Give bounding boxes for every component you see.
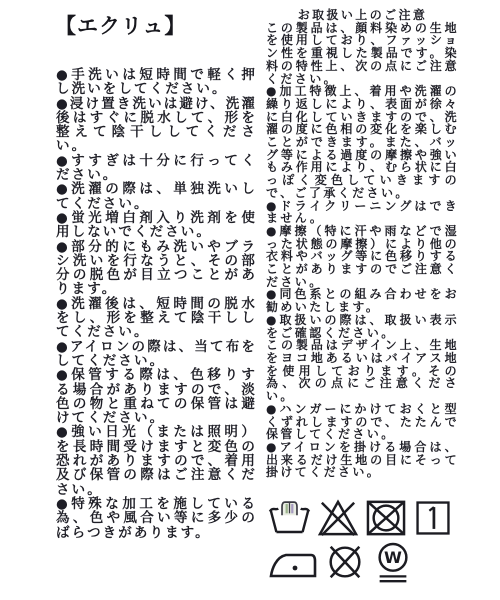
washing-instruction-item: ●部分的にもみ洗いやブラシ洗いを行なうと、その部分の脱色が目立つことがあります。 [56, 240, 257, 297]
washing-instruction-item: ●洗濯の際は、単独洗いしてください。 [56, 182, 257, 211]
wet-clean-letter: W [384, 548, 402, 567]
do-not-tumble-dry-icon [365, 499, 407, 537]
fabric-design-note: この製品はデザイン上、生地をヨコ地あるいはバイアス地を使用しております。その為、… [266, 339, 459, 403]
handling-notes: お取扱い上のご注意 この製品は、顔料染めの生地を使用しており、ファッション性を重… [266, 9, 459, 479]
handling-note-item: ●取扱いの際は、取扱い表示をご確認ください。 [266, 314, 459, 339]
handling-note-item: ●摩擦（特に汗や雨などで湿った状態の摩擦）により他の衣料やバッグ等に色移りするこ… [266, 225, 459, 289]
wet-clean-gentle-icon: W [372, 542, 414, 586]
washing-instructions-list: ●手洗いは短時間で軽く押し洗いをしてください。 ●浸け置き洗いは避け、洗濯後はす… [56, 68, 257, 540]
washing-instruction-item: ●蛍光増白剤入り洗剤を使用しないでください。 [56, 211, 257, 240]
do-not-bleach-icon [317, 499, 359, 537]
iron-low-heat-icon [268, 542, 318, 582]
care-instructions-page: 【エクリュ】 ●手洗いは短時間で軽く押し洗いをしてください。 ●浸け置き洗いは避… [0, 0, 500, 600]
care-symbols-row-2: W [268, 542, 478, 586]
handling-note-item: ●アイロンを掛ける場合は、出来るだけ生地の目にそって掛けてください。 [266, 441, 459, 479]
hang-dry-icon [413, 499, 453, 537]
handling-note-item: ●同色系との組み合わせをお勧めいたします。 [266, 288, 459, 313]
hand-wash-icon [268, 499, 311, 537]
washing-instruction-item: ●手洗いは短時間で軽く押し洗いをしてください。 [56, 68, 257, 97]
handling-intro: この製品は、顔料染めの生地を使用しており、ファッション性を重視した製品です。染料… [266, 22, 459, 86]
care-symbols-row-1 [268, 499, 478, 537]
page-title: 【エクリュ】 [55, 10, 186, 40]
washing-instruction-item: ●アイロンの際は、当て布をしてください。 [56, 340, 257, 369]
do-not-dry-clean-icon [324, 542, 366, 582]
handling-notes-title: お取扱い上のご注意 [266, 9, 459, 22]
handling-note-item: ●ドライクリーニングはできません。 [266, 200, 459, 225]
washing-instruction-item: ●洗濯後は、短時間の脱水をし、形を整えて陰干ししてください。 [56, 297, 257, 340]
washing-instruction-item: ●特殊な加工を施している為、色や風合い等に多少のばらつきがあります。 [56, 497, 257, 540]
washing-instruction-item: ●保管する際は、色移りする場合がありますので、淡色の物と重ねての保管は避けてくだ… [56, 368, 257, 425]
care-symbols: W [268, 499, 478, 586]
handling-note-item: ●加工特徴上、着用や洗濯の繰り返しにより、表面が徐々に白化していきますので、洗濯… [266, 85, 459, 199]
washing-instruction-item: ●すすぎは十分に行ってください。 [56, 154, 257, 183]
handling-note-item: ●ハンガーにかけておくと型くずれしますので、たたんで保管してください。 [266, 403, 459, 441]
washing-instruction-item: ●浸け置き洗いは避け、洗濯後はすぐに脱水して、形を整えて陰干ししてください。 [56, 97, 257, 154]
washing-instruction-item: ●強い日光（または照明）を長時間受けますと変色の恐れがありますので、着用及び保管… [56, 425, 257, 496]
